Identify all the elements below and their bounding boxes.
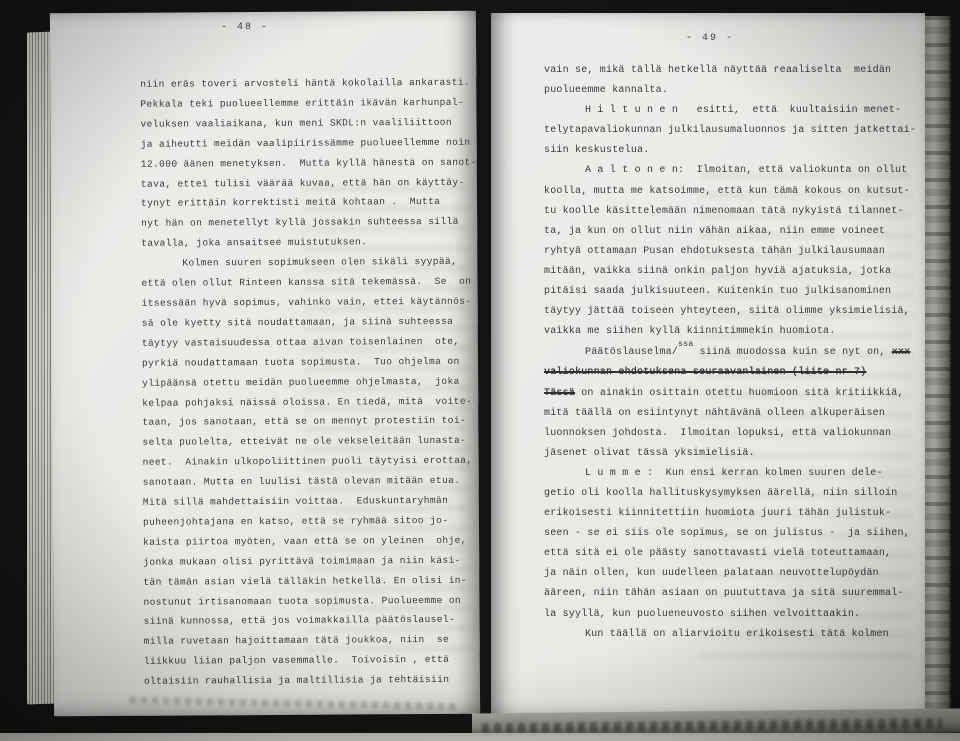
text-line: liikkuu liian paljon vasemmalle. Toivois… [144, 650, 474, 672]
text-line: 12.000 äänen menetyksen. Mutta kyllä hän… [141, 152, 471, 174]
text-line: täytyy vastaisuudessa ottaa aivan toisen… [142, 332, 472, 354]
text-line: telytapavaliokunnan julkilausumaluonnos … [544, 121, 922, 141]
text-line: pitäisi saada julkisuuteen. Kuitenkin tu… [544, 282, 922, 302]
text-line: vain se, mikä tällä hetkellä näyttää rea… [544, 61, 922, 81]
struck-text: xxx [892, 347, 911, 358]
text-line: taan, jos sanotaan, että se on mennyt pr… [142, 411, 472, 433]
text-line: tava, ettei tulisi väärää kuvaa, että hä… [141, 172, 471, 194]
text-line: tän tämän asian vielä tälläkin hetkellä.… [143, 570, 473, 592]
struck-text: Tässä [544, 388, 575, 399]
text-line: seen - se ei siis ole sopimus, se on jul… [544, 524, 922, 544]
text-line: itsessään hyvä sopimus, vahinko vain, et… [142, 292, 472, 314]
text-line: kelpaa pohjaksi näissä oloissa. En tiedä… [142, 391, 472, 413]
text-line: valiokunnan ehdotuksena seuraavanlainen … [544, 363, 922, 383]
text-line: neet. Ainakin ulkopoliittinen puoli täyt… [143, 451, 473, 473]
text-line: mitä täällä on esiintynyt nähtävänä olle… [544, 404, 922, 424]
text-line: täytyy jättää toiseen yhteyteen, siitä o… [544, 302, 922, 322]
text-line: vaikka me siihen kyllä kiinnitimmekin hu… [544, 322, 922, 342]
text-line: sä ole kyetty sitä noudattamaan, ja siin… [142, 312, 472, 334]
text-line: veluksen vaaliaikana, kun meni SKDL:n va… [140, 113, 470, 135]
text-line: selta puolelta, etteivät ne ole vekselei… [142, 431, 472, 453]
text-line: L u m m e : Kun ensi kerran kolmen suure… [544, 464, 922, 484]
text-line: ja näin ollen, kun uudelleen palataan ne… [544, 564, 922, 584]
text-line: että sitä ei ole päästy sanottavasti vie… [544, 544, 922, 564]
text-line: ylipäänsä otettu meidän puolueemme ohjel… [142, 371, 472, 393]
scanned-book-photo: - 48 - niin eräs toveri arvosteli häntä … [0, 0, 960, 741]
text-line: oltaisiin rauhallisia ja maltillisia ja … [144, 670, 474, 692]
text-line: nostunut irtisanomaan tuota sopimusta. P… [143, 590, 473, 612]
text-line: jonka mukaan olisi pyrittävä toimimaan j… [143, 550, 473, 572]
text-line: milla ruvetaan hajoittamaan tätä joukkoa… [144, 630, 474, 652]
text-line: ryhtyä ottamaan Pusan ehdotuksesta tähän… [544, 242, 922, 262]
text-line: Kolmen suuren sopimukseen olen sikäli sy… [141, 252, 471, 274]
text-line: Päätöslauselma/ssa siinä muodossa kuin s… [544, 342, 922, 363]
text-line: puolueemme kannalta. [544, 81, 922, 101]
text-line: kaista piirtoa myöten, vaan että se on y… [143, 531, 473, 553]
left-page-number: - 48 - [190, 22, 300, 34]
text-line: erikoisesti kiinnitettiin huomiota juuri… [544, 504, 922, 524]
text-line: sanotaan. Mutta en luulisi tästä olevan … [143, 471, 473, 493]
right-page-text: vain se, mikä tällä hetkellä näyttää rea… [544, 61, 922, 645]
right-page: - 49 - vain se, mikä tällä hetkellä näyt… [491, 13, 925, 716]
text-line: A a l t o n e n: Ilmoitan, että valiokun… [544, 161, 922, 181]
text-line: niin eräs toveri arvosteli häntä kokolai… [140, 73, 470, 95]
page-stack-right-edge [921, 16, 951, 722]
text-line: luonnoksen johdosta. Ilmoitan lopuksi, e… [544, 424, 922, 444]
bottom-page-edge-highlight [0, 733, 960, 741]
right-page-number: - 49 - [655, 33, 765, 44]
text-line: nyt hän on menetellyt kyllä jossakin suh… [141, 212, 471, 234]
left-page-text: niin eräs toveri arvosteli häntä kokolai… [140, 73, 474, 692]
text-line: Pekkala teki puolueellemme erittäin ikäv… [140, 93, 470, 115]
text-line: jäsenet olivat tässä yksimielisiä. [544, 444, 922, 464]
text-line: ta, ja kun on ollut niin vähän aikaa, ni… [544, 222, 922, 242]
text-line: tavalla, joka ansaitsee muistutuksen. [141, 232, 471, 254]
text-line: tynyt erittäin korrektisti meitä kohtaan… [141, 192, 471, 214]
struck-text: valiokunnan ehdotuksena seuraavanlainen … [544, 367, 866, 378]
text-line: mitään, vaikka siinä onkin paljon hyviä … [544, 262, 922, 282]
text-line: koolla, mutta me katsoimme, että kun täm… [544, 182, 922, 202]
text-line: Mitä sillä mahdettaisiin voittaa. Edusku… [143, 491, 473, 513]
text-line: ja aiheutti meidän vaalipiirissämme puol… [141, 132, 471, 154]
text-line: siin keskustelua. [544, 141, 922, 161]
inserted-superscript-text: ssa [678, 339, 693, 349]
left-page: - 48 - niin eräs toveri arvosteli häntä … [50, 11, 480, 717]
text-line: getio oli koolla hallituskysymyksen ääre… [544, 484, 922, 504]
text-line: Tässä on ainakin osittain otettu huomioo… [544, 384, 922, 404]
text-line: ääreen, niin tähän asiaan on puututtava … [544, 584, 922, 604]
text-line: tu koolle käsittelemään nimenomaan tätä … [544, 202, 922, 222]
text-line: la syyllä, kun puolueneuvosto siihen vel… [544, 605, 922, 625]
text-line: H i l t u n e n esitti, että kuultaisiin… [544, 101, 922, 121]
text-line: siinä kunnossa, että jos voimakkailla pä… [144, 610, 474, 632]
text-line: puheenjohtajana en katso, että se ryhmää… [143, 511, 473, 533]
text-line: pyrkiä noudattamaan tuota sopimusta. Tuo… [142, 351, 472, 373]
text-line: Kun täällä on aliarvioitu erikoisesti tä… [544, 625, 922, 645]
text-line: että olen ollut Rinteen kanssa sitä teke… [141, 272, 471, 294]
blurred-underlying-text [482, 719, 942, 734]
